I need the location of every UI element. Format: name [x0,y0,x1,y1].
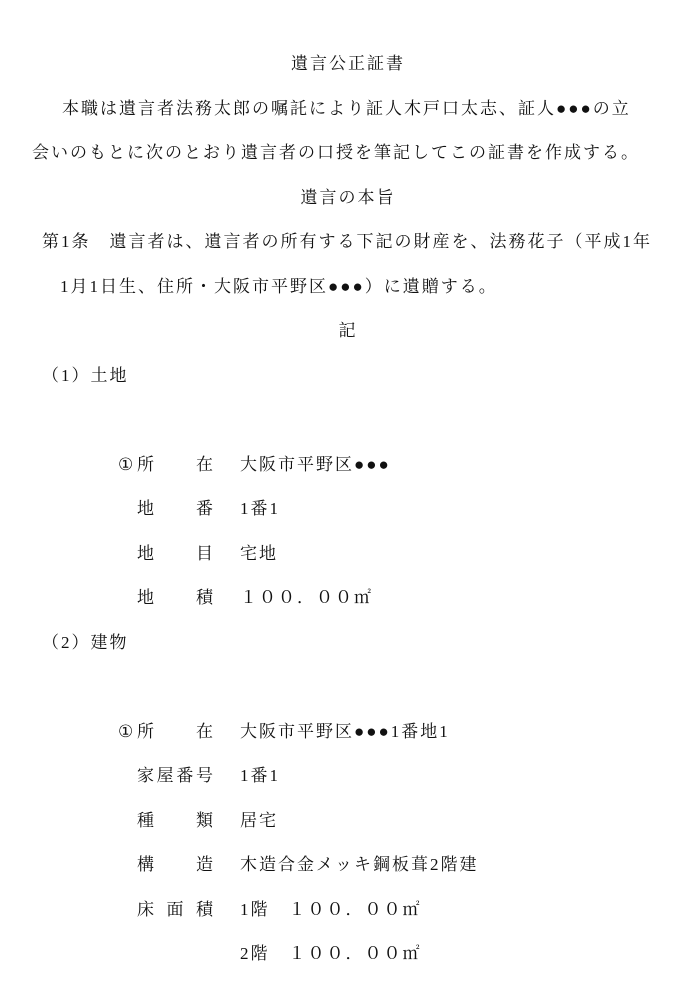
row-label: 所在 [137,443,215,488]
circled-one-marker: ① [118,443,137,488]
row-label: 家屋番号 [137,754,215,799]
row-value: 居宅 [240,799,278,844]
row-value: 1階 １００．００㎡ [240,888,422,933]
row-label: 床面積 [137,888,215,933]
row-value: 2階 １００．００㎡ [240,932,422,977]
article1-line-2: 1月1日生、住所・大阪市平野区●●●）に遺贈する。 [0,265,696,310]
row-value: １００．００㎡ [240,576,373,621]
row-value: 宅地 [240,532,278,577]
row-label: 構造 [137,843,215,888]
row-label: 所在 [137,710,215,755]
intro-line-2: 会いのもとに次のとおり遺言者の口授を筆記してこの証書を作成する。 [0,131,696,176]
article1-line-1: 第1条 遺言者は、遺言者の所有する下記の財産を、法務花子（平成1年 [0,220,696,265]
intro-line-1: 本職は遺言者法務太郎の嘱託により証人木戸口太志、証人●●●の立 [0,87,696,132]
building-section-heading: （2）建物 [0,621,696,666]
doc-title: 遺言公正証書 [0,42,696,87]
row-value: 大阪市平野区●●●1番地1 [240,710,450,755]
row-label: 種類 [137,799,215,844]
row-value: 1番1 [240,487,280,532]
row-value: 大阪市平野区●●● [240,443,391,488]
subject-heading: 遺言の本旨 [0,176,696,221]
building-row-location: ①所在大阪市平野区●●●1番地1 [0,665,696,710]
land-row-location: ①所在大阪市平野区●●● [0,398,696,443]
land-section-heading: （1）土地 [0,354,696,399]
row-label: 地積 [137,576,215,621]
document-page: 遺言公正証書 本職は遺言者法務太郎の嘱託により証人木戸口太志、証人●●●の立 会… [0,0,696,981]
row-label: 地目 [137,532,215,577]
row-value: 1番1 [240,754,280,799]
ki-heading: 記 [0,309,696,354]
row-label: 地番 [137,487,215,532]
circled-one-marker: ① [118,710,137,755]
row-value: 木造合金メッキ鋼板葺2階建 [240,843,479,888]
